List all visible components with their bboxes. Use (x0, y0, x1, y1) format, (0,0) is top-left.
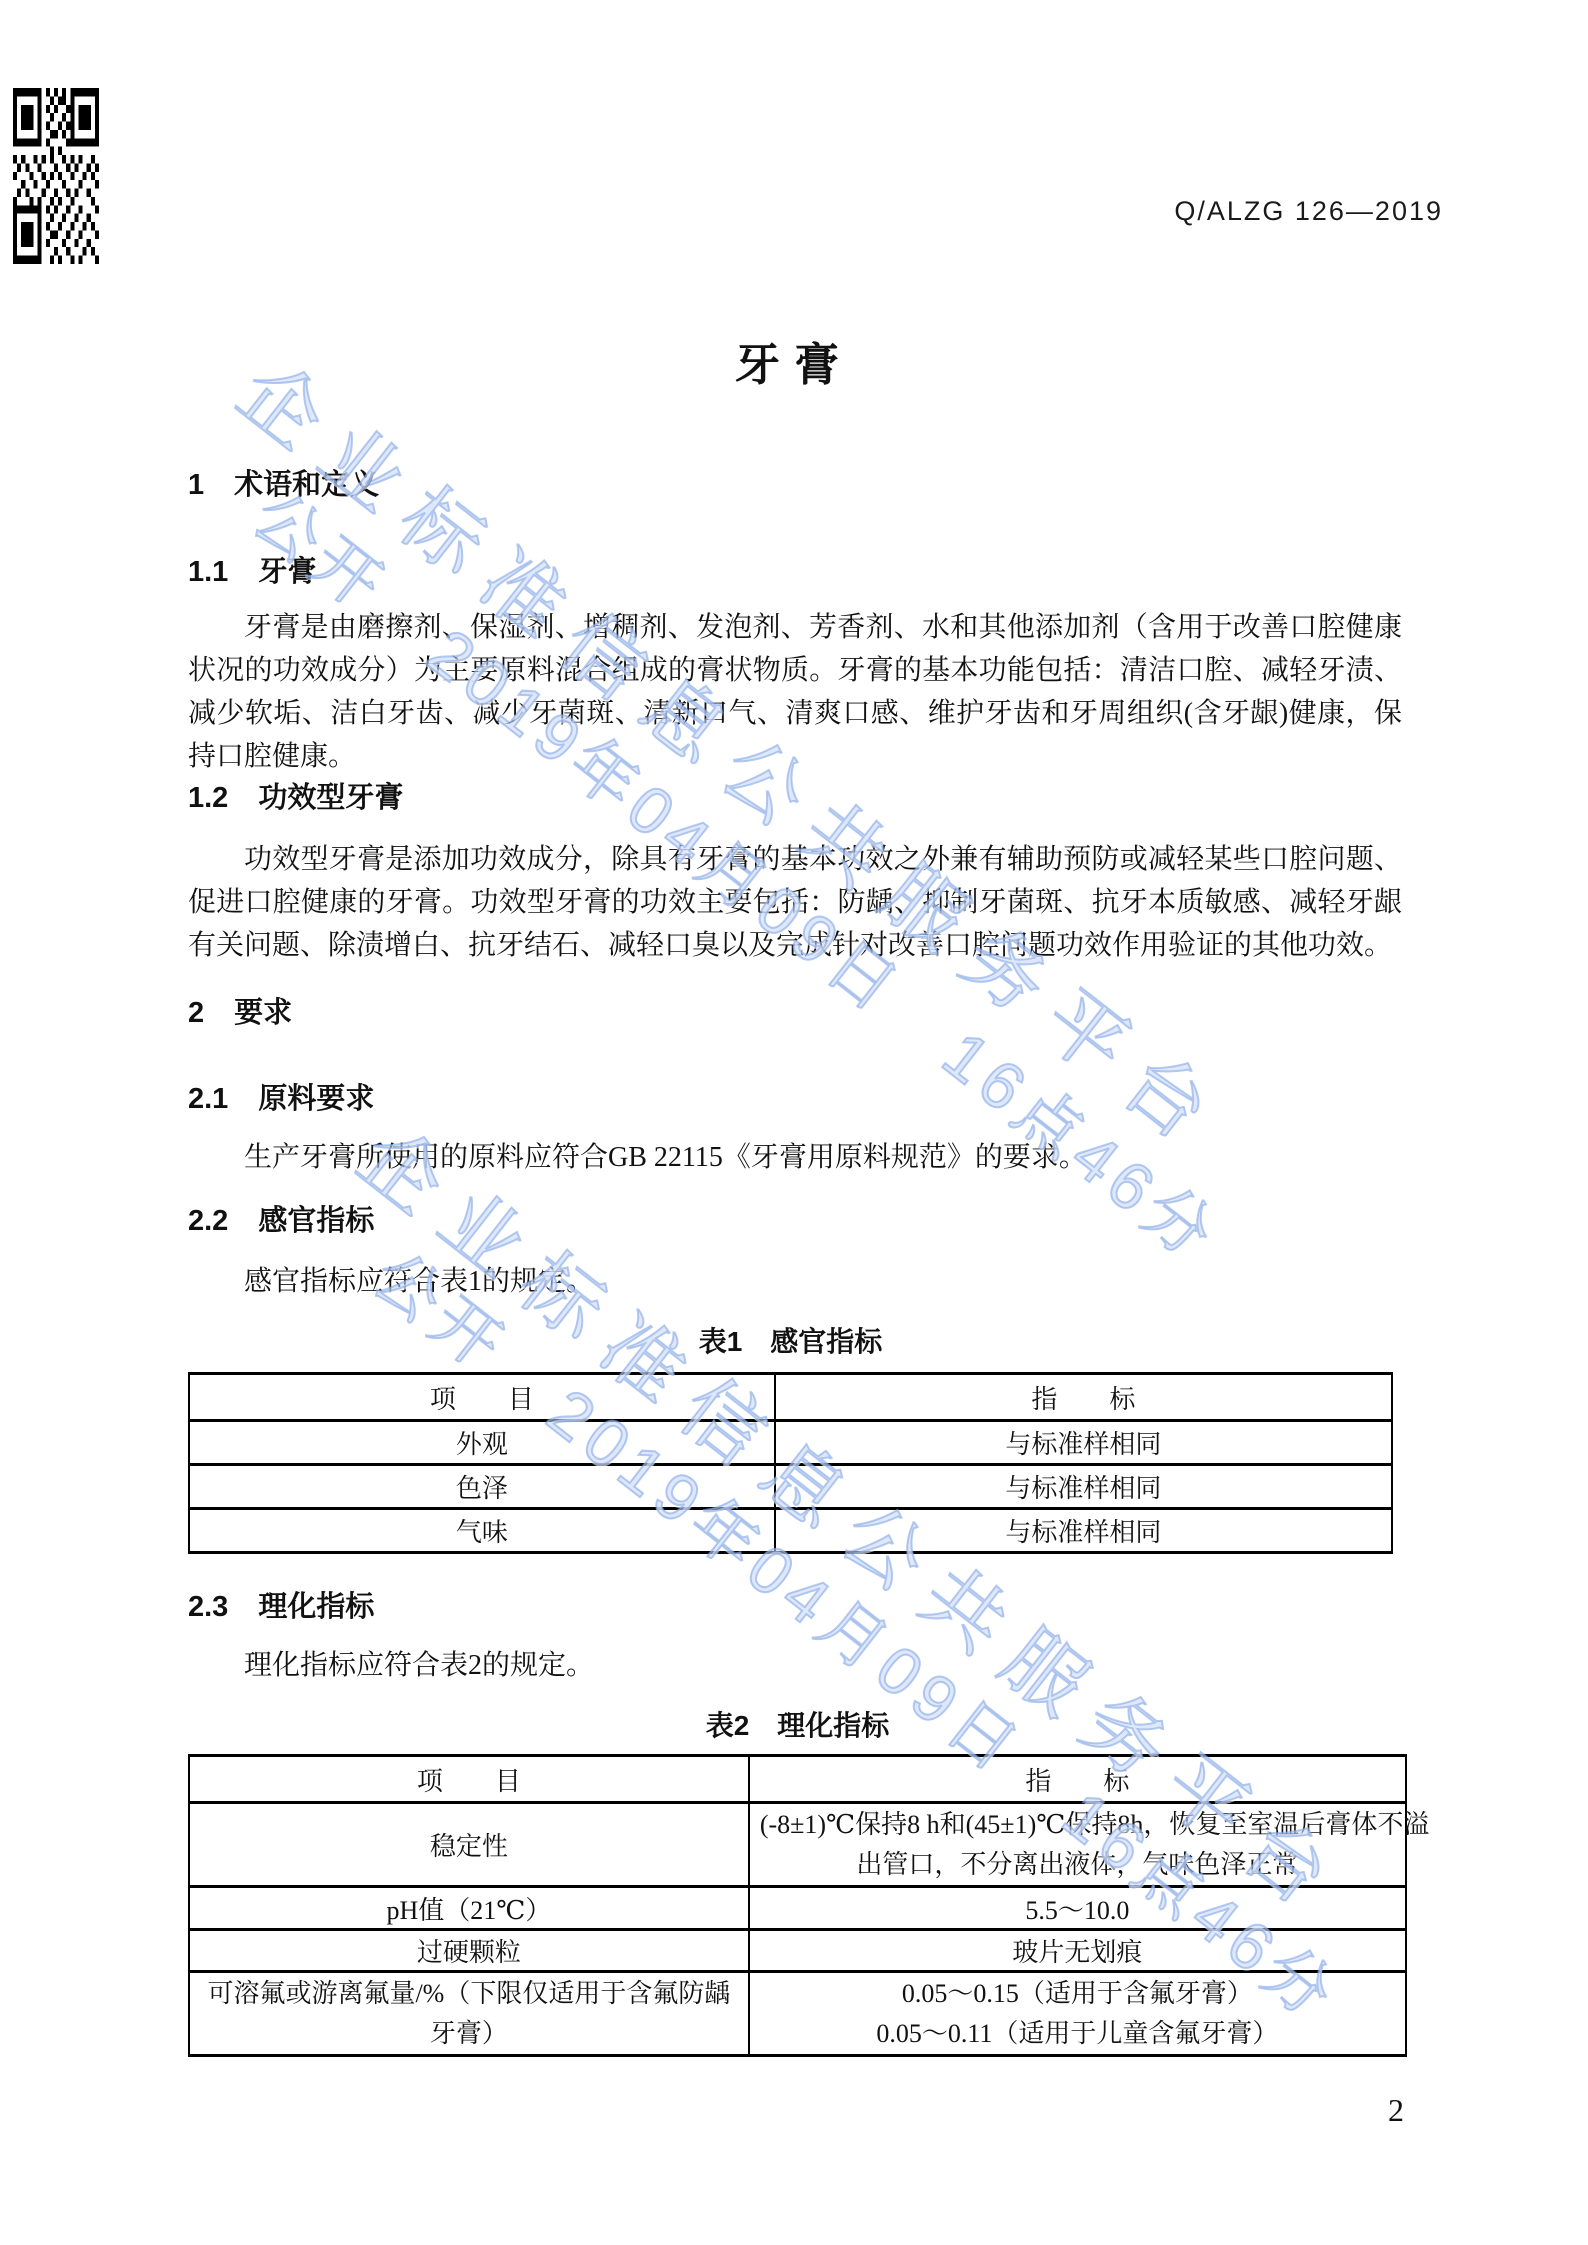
document-page: 企业标准信息公共服务平台 公开 2019年04月09日 16点46分 企业标准信… (0, 0, 1588, 2245)
table-cell: 与标准样相同 (775, 1465, 1392, 1509)
table-header-indicator: 指 标 (775, 1374, 1392, 1421)
section-heading-1-2: 1.2功效型牙膏 (188, 775, 403, 816)
page-title: 牙膏 (0, 328, 1588, 393)
table-cell: 0.05～0.15（适用于含氟牙膏） 0.05～0.11（适用于儿童含氟牙膏） (749, 1972, 1406, 2056)
table-cell: 外观 (189, 1421, 775, 1465)
table-header-indicator: 指 标 (749, 1756, 1406, 1803)
paragraph-toothpaste-definition: 牙膏是由磨擦剂、保湿剂、增稠剂、发泡剂、芳香剂、水和其他添加剂（含用于改善口腔健… (188, 606, 1402, 778)
table-header-row: 项 目 指 标 (189, 1756, 1406, 1803)
section-number: 2 (188, 997, 204, 1029)
physicochemical-indicator-table: 项 目 指 标 稳定性 (-8±1)℃保持8 h和(45±1)℃保持8h，恢复至… (188, 1754, 1407, 2057)
section-heading-2-2: 2.2感官指标 (188, 1198, 374, 1239)
paragraph-functional-toothpaste: 功效型牙膏是添加功效成分，除具有牙膏的基本功效之外兼有辅助预防或减轻某些口腔问题… (188, 838, 1402, 967)
table-row: 气味 与标准样相同 (189, 1509, 1392, 1553)
section-number: 2.3 (188, 1591, 228, 1623)
paragraph-physicochemical: 理化指标应符合表2的规定。 (188, 1644, 1402, 1687)
table-cell: 玻片无划痕 (749, 1930, 1406, 1972)
table-cell: 与标准样相同 (775, 1421, 1392, 1465)
section-number: 2.1 (188, 1083, 228, 1115)
section-title: 要求 (234, 997, 292, 1029)
section-title: 原料要求 (258, 1083, 374, 1115)
indicator-line: 0.05～0.11（适用于儿童含氟牙膏） (760, 2014, 1395, 2054)
table-row: 过硬颗粒 玻片无划痕 (189, 1930, 1406, 1972)
table-cell: pH值（21℃） (189, 1887, 749, 1930)
table1-caption: 表1 感官指标 (188, 1320, 1393, 1360)
section-number: 1.2 (188, 782, 228, 814)
table-cell: 色泽 (189, 1465, 775, 1509)
table-header-item: 项 目 (189, 1374, 775, 1421)
table-cell: 稳定性 (189, 1803, 749, 1887)
page-number: 2 (1388, 2092, 1404, 2129)
indicator-line: 出管口，不分离出液体，气味色泽正常 (760, 1845, 1395, 1885)
section-heading-1: 1术语和定义 (188, 462, 379, 503)
section-heading-2: 2要求 (188, 990, 292, 1031)
table-cell: 可溶氟或游离氟量/%（下限仅适用于含氟防龋牙膏） (189, 1972, 749, 2056)
section-number: 2.2 (188, 1205, 228, 1237)
table-cell: 气味 (189, 1509, 775, 1553)
table-row: 可溶氟或游离氟量/%（下限仅适用于含氟防龋牙膏） 0.05～0.15（适用于含氟… (189, 1972, 1406, 2056)
section-title: 术语和定义 (234, 469, 379, 501)
qr-code (13, 88, 99, 264)
section-heading-1-1: 1.1牙膏 (188, 549, 316, 590)
section-number: 1 (188, 469, 204, 501)
doc-number: Q/ALZG 126—2019 (1174, 196, 1443, 227)
table-row: 色泽 与标准样相同 (189, 1465, 1392, 1509)
indicator-line: 0.05～0.15（适用于含氟牙膏） (760, 1974, 1395, 2014)
indicator-line: (-8±1)℃保持8 h和(45±1)℃保持8h，恢复至室温后膏体不溢 (760, 1805, 1395, 1845)
section-title: 感官指标 (258, 1205, 374, 1237)
table-row: pH值（21℃） 5.5～10.0 (189, 1887, 1406, 1930)
section-title: 理化指标 (258, 1591, 374, 1623)
table-header-item: 项 目 (189, 1756, 749, 1803)
paragraph-raw-material: 生产牙膏所使用的原料应符合GB 22115《牙膏用原料规范》的要求。 (188, 1136, 1402, 1179)
section-heading-2-3: 2.3理化指标 (188, 1584, 374, 1625)
table-row: 外观 与标准样相同 (189, 1421, 1392, 1465)
table-cell: 5.5～10.0 (749, 1887, 1406, 1930)
paragraph-sensory: 感官指标应符合表1的规定。 (188, 1260, 1402, 1303)
table-cell: 过硬颗粒 (189, 1930, 749, 1972)
section-title: 功效型牙膏 (258, 782, 403, 814)
table2-caption: 表2 理化指标 (188, 1704, 1407, 1744)
section-number: 1.1 (188, 556, 228, 588)
table-header-row: 项 目 指 标 (189, 1374, 1392, 1421)
table-cell: 与标准样相同 (775, 1509, 1392, 1553)
section-title: 牙膏 (258, 556, 316, 588)
table-row: 稳定性 (-8±1)℃保持8 h和(45±1)℃保持8h，恢复至室温后膏体不溢 … (189, 1803, 1406, 1887)
table-cell: (-8±1)℃保持8 h和(45±1)℃保持8h，恢复至室温后膏体不溢 出管口，… (749, 1803, 1406, 1887)
sensory-indicator-table: 项 目 指 标 外观 与标准样相同 色泽 与标准样相同 气味 与标准样相同 (188, 1372, 1393, 1554)
section-heading-2-1: 2.1原料要求 (188, 1076, 374, 1117)
